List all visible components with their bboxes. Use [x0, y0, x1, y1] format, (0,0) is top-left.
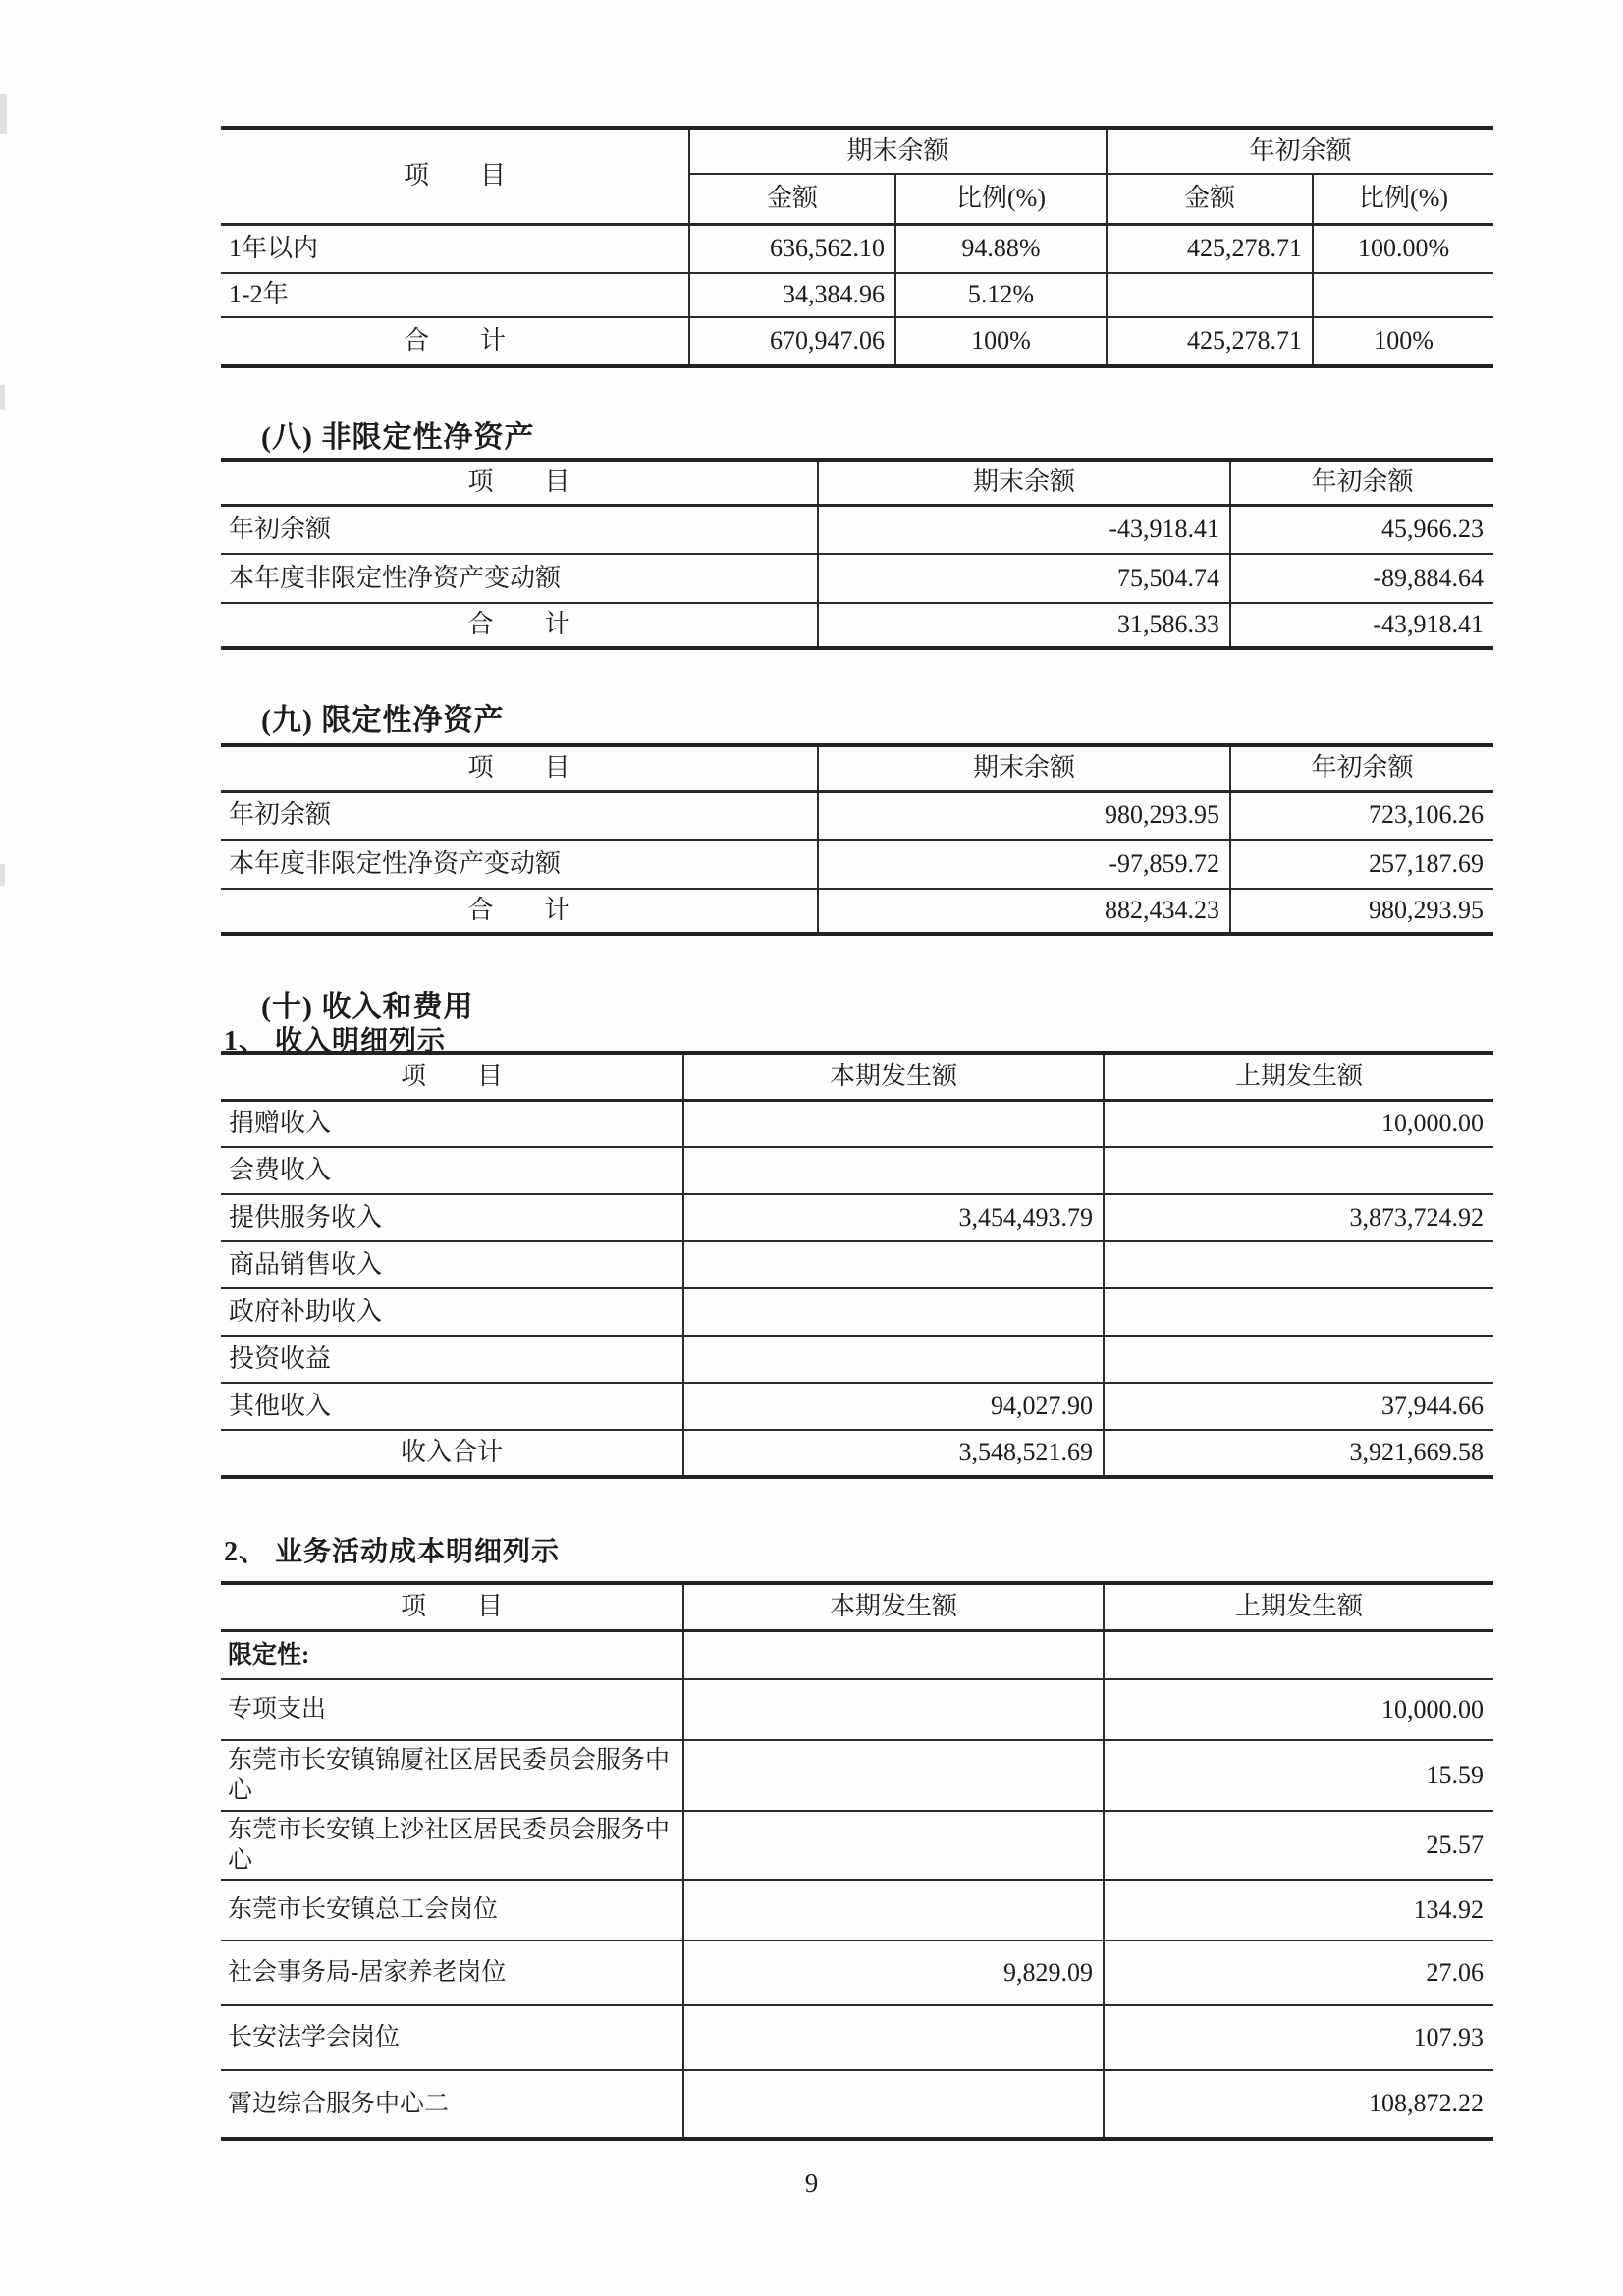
amount-cell: 3,454,493.79	[683, 1194, 1104, 1241]
amount-cell	[1104, 1630, 1493, 1679]
table-header-row: 项 目 本期发生额 上期发生额	[221, 1583, 1493, 1630]
item-label: 捐赠收入	[221, 1100, 683, 1147]
amount-cell: 75,504.74	[818, 554, 1230, 603]
amount-cell: 107.93	[1104, 2005, 1493, 2070]
amount-cell	[1107, 273, 1313, 317]
table-total-row: 合 计 670,947.06 100% 425,278.71 100%	[221, 317, 1493, 366]
col-header-amount: 金额	[1107, 174, 1313, 224]
amount-cell	[1104, 1336, 1493, 1383]
ratio-cell: 5.12%	[895, 273, 1107, 317]
item-label: 1年以内	[221, 224, 689, 273]
item-label: 商品销售收入	[221, 1241, 683, 1288]
table-row: 政府补助收入	[221, 1288, 1493, 1336]
item-label: 其他收入	[221, 1383, 683, 1430]
amount-cell: 3,921,669.58	[1104, 1430, 1493, 1477]
amount-cell: 108,872.22	[1104, 2070, 1493, 2139]
table-header-row: 项 目 期末余额 年初余额	[221, 745, 1493, 791]
table-row: 专项支出 10,000.00	[221, 1679, 1493, 1740]
table-row: 东莞市长安镇锦厦社区居民委员会服务中心 15.59	[221, 1740, 1493, 1811]
amount-cell: 94,027.90	[683, 1383, 1104, 1430]
table-total-row: 收入合计 3,548,521.69 3,921,669.58	[221, 1430, 1493, 1477]
table-row: 东莞市长安镇上沙社区居民委员会服务中心 25.57	[221, 1811, 1493, 1880]
amount-cell	[683, 1880, 1104, 1941]
ratio-cell: 100.00%	[1313, 224, 1493, 273]
table-row: 1-2年 34,384.96 5.12%	[221, 273, 1493, 317]
unrestricted-net-assets-table: 项 目 期末余额 年初余额 年初余额 -43,918.41 45,966.23 …	[221, 458, 1493, 650]
item-label: 东莞市长安镇上沙社区居民委员会服务中心	[221, 1811, 683, 1880]
total-label: 收入合计	[221, 1430, 683, 1477]
col-header-ratio: 比例(%)	[1313, 174, 1493, 224]
table-row: 会费收入	[221, 1147, 1493, 1194]
amount-cell: -43,918.41	[818, 505, 1230, 554]
item-label: 霄边综合服务中心二	[221, 2070, 683, 2139]
table-row: 商品销售收入	[221, 1241, 1493, 1288]
col-header-current-period: 本期发生额	[683, 1053, 1104, 1100]
amount-cell: 257,187.69	[1230, 840, 1493, 889]
amount-cell: -43,918.41	[1230, 603, 1493, 648]
amount-cell	[683, 1241, 1104, 1288]
page-number: 9	[0, 2168, 1623, 2199]
col-header-beginning: 年初余额	[1230, 745, 1493, 791]
section-heading-8: (八) 非限定性净资产	[261, 412, 534, 456]
amount-cell: -89,884.64	[1230, 554, 1493, 603]
item-label: 年初余额	[221, 791, 818, 840]
item-label: 长安法学会岗位	[221, 2005, 683, 2070]
table-row: 本年度非限定性净资产变动额 -97,859.72 257,187.69	[221, 840, 1493, 889]
scan-artifact	[0, 94, 7, 134]
col-header-current-period: 本期发生额	[683, 1583, 1104, 1630]
activity-cost-table: 项 目 本期发生额 上期发生额 限定性: 专项支出 10,000.00 东莞市长…	[221, 1581, 1493, 2141]
scan-artifact	[0, 864, 5, 886]
col-header-ending: 期末余额	[818, 460, 1230, 505]
col-header-item: 项 目	[221, 460, 818, 505]
amount-cell	[683, 1811, 1104, 1880]
amount-cell: 9,829.09	[683, 1941, 1104, 2005]
ratio-cell	[1313, 273, 1493, 317]
item-label: 政府补助收入	[221, 1288, 683, 1336]
item-label: 投资收益	[221, 1336, 683, 1383]
item-label: 专项支出	[221, 1679, 683, 1740]
item-label: 本年度非限定性净资产变动额	[221, 554, 818, 603]
amount-cell	[683, 1336, 1104, 1383]
amount-cell	[683, 1679, 1104, 1740]
amount-cell	[1104, 1288, 1493, 1336]
amount-cell	[683, 1100, 1104, 1147]
ratio-cell: 100%	[895, 317, 1107, 366]
item-label: 社会事务局-居家养老岗位	[221, 1941, 683, 2005]
total-label: 合 计	[221, 889, 818, 934]
col-header-beginning-group: 年初余额	[1107, 128, 1493, 174]
col-header-item: 项 目	[221, 745, 818, 791]
amount-cell: 31,586.33	[818, 603, 1230, 648]
table-row: 本年度非限定性净资产变动额 75,504.74 -89,884.64	[221, 554, 1493, 603]
amount-cell	[1104, 1241, 1493, 1288]
table-row: 捐赠收入 10,000.00	[221, 1100, 1493, 1147]
table-total-row: 合 计 31,586.33 -43,918.41	[221, 603, 1493, 648]
amount-cell	[683, 1740, 1104, 1811]
table-header-row: 项 目 本期发生额 上期发生额	[221, 1053, 1493, 1100]
item-label: 东莞市长安镇锦厦社区居民委员会服务中心	[221, 1740, 683, 1811]
amount-cell: -97,859.72	[818, 840, 1230, 889]
section-heading-9: (九) 限定性净资产	[261, 695, 504, 738]
amount-cell: 45,966.23	[1230, 505, 1493, 554]
amount-cell: 670,947.06	[689, 317, 895, 366]
col-header-amount: 金额	[689, 174, 895, 224]
scan-artifact	[0, 385, 5, 410]
income-detail-table: 项 目 本期发生额 上期发生额 捐赠收入 10,000.00 会费收入 提供服务…	[221, 1051, 1493, 1479]
amount-cell: 134.92	[1104, 1880, 1493, 1941]
table-row: 东莞市长安镇总工会岗位 134.92	[221, 1880, 1493, 1941]
table-row: 投资收益	[221, 1336, 1493, 1383]
amount-cell: 3,873,724.92	[1104, 1194, 1493, 1241]
table-row: 1年以内 636,562.10 94.88% 425,278.71 100.00…	[221, 224, 1493, 273]
amount-cell: 425,278.71	[1107, 317, 1313, 366]
amount-cell: 723,106.26	[1230, 791, 1493, 840]
total-label: 合 计	[221, 317, 689, 366]
col-header-item: 项 目	[221, 1583, 683, 1630]
amount-cell: 27.06	[1104, 1941, 1493, 2005]
table-row: 提供服务收入 3,454,493.79 3,873,724.92	[221, 1194, 1493, 1241]
table-row: 社会事务局-居家养老岗位 9,829.09 27.06	[221, 1941, 1493, 2005]
table-row: 霄边综合服务中心二 108,872.22	[221, 2070, 1493, 2139]
item-label: 本年度非限定性净资产变动额	[221, 840, 818, 889]
table-header-row: 项 目 期末余额 年初余额	[221, 460, 1493, 505]
col-header-item: 项 目	[221, 128, 689, 224]
ratio-cell: 100%	[1313, 317, 1493, 366]
amount-cell	[683, 1630, 1104, 1679]
table-total-row: 合 计 882,434.23 980,293.95	[221, 889, 1493, 934]
col-header-prior-period: 上期发生额	[1104, 1583, 1493, 1630]
item-label: 1-2年	[221, 273, 689, 317]
col-header-ending: 期末余额	[818, 745, 1230, 791]
item-label: 限定性:	[221, 1630, 683, 1679]
table-header-row: 项 目 期末余额 年初余额	[221, 128, 1493, 174]
amount-cell: 3,548,521.69	[683, 1430, 1104, 1477]
amount-cell: 636,562.10	[689, 224, 895, 273]
col-header-beginning: 年初余额	[1230, 460, 1493, 505]
subsection-heading-cost: 2、 业务活动成本明细列示	[224, 1530, 560, 1569]
document-page: 项 目 期末余额 年初余额 金额 比例(%) 金额 比例(%) 1年以内 636…	[0, 0, 1623, 2296]
ratio-cell: 94.88%	[895, 224, 1107, 273]
item-label: 年初余额	[221, 505, 818, 554]
amount-cell	[683, 2070, 1104, 2139]
amount-cell: 980,293.95	[818, 791, 1230, 840]
table-row: 年初余额 980,293.95 723,106.26	[221, 791, 1493, 840]
item-label: 东莞市长安镇总工会岗位	[221, 1880, 683, 1941]
amount-cell: 882,434.23	[818, 889, 1230, 934]
item-label: 会费收入	[221, 1147, 683, 1194]
amount-cell	[683, 1147, 1104, 1194]
amount-cell: 980,293.95	[1230, 889, 1493, 934]
amount-cell: 10,000.00	[1104, 1100, 1493, 1147]
amount-cell: 15.59	[1104, 1740, 1493, 1811]
amount-cell: 425,278.71	[1107, 224, 1313, 273]
amount-cell: 37,944.66	[1104, 1383, 1493, 1430]
amount-cell	[683, 1288, 1104, 1336]
col-header-prior-period: 上期发生额	[1104, 1053, 1493, 1100]
amount-cell	[683, 2005, 1104, 2070]
amount-cell: 25.57	[1104, 1811, 1493, 1880]
restricted-net-assets-table: 项 目 期末余额 年初余额 年初余额 980,293.95 723,106.26…	[221, 743, 1493, 936]
amount-cell: 10,000.00	[1104, 1679, 1493, 1740]
amount-cell	[1104, 1147, 1493, 1194]
table-row: 年初余额 -43,918.41 45,966.23	[221, 505, 1493, 554]
table-row: 长安法学会岗位 107.93	[221, 2005, 1493, 2070]
total-label: 合 计	[221, 603, 818, 648]
table-row: 其他收入 94,027.90 37,944.66	[221, 1383, 1493, 1430]
col-header-item: 项 目	[221, 1053, 683, 1100]
table-row: 限定性:	[221, 1630, 1493, 1679]
col-header-ratio: 比例(%)	[895, 174, 1107, 224]
col-header-ending-group: 期末余额	[689, 128, 1107, 174]
amount-cell: 34,384.96	[689, 273, 895, 317]
item-label: 提供服务收入	[221, 1194, 683, 1241]
aging-table: 项 目 期末余额 年初余额 金额 比例(%) 金额 比例(%) 1年以内 636…	[221, 126, 1493, 368]
